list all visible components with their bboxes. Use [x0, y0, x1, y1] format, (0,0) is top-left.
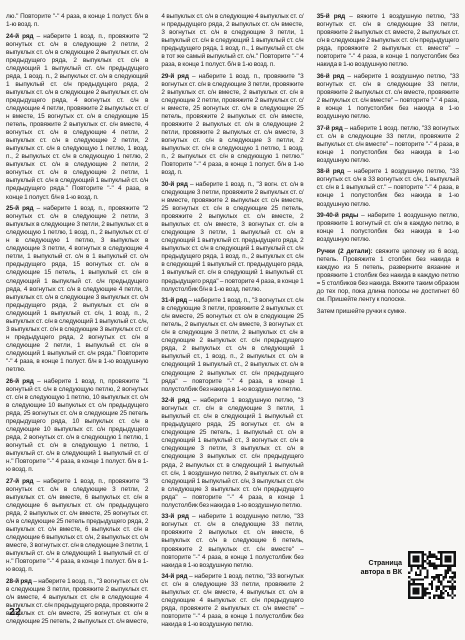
row-label: 24-й ряд	[6, 33, 37, 40]
paragraph-text: – вяжите 1 воздушную петлю, "33 вогнутых…	[317, 13, 459, 68]
row-label: 26-й ряд	[6, 378, 37, 385]
row-label: 28-й ряд	[6, 578, 33, 585]
row-label: 35-й ряд	[317, 13, 350, 20]
pattern-paragraph: 32-й ряд – наберите 1 воздушную петлю, "…	[161, 397, 303, 510]
paragraph-text: – наберите 1 возд. петлю, "33 вогнутых с…	[161, 573, 303, 628]
pattern-paragraph: 36-й ряд – наберите 1 воздушную петлю, "…	[317, 73, 459, 121]
pattern-paragraph: 31-й ряд – наберите 1 возд. п., "3 вогну…	[161, 297, 303, 394]
magazine-page: лю." Повторите "-" 4 раза, в конце 1 пол…	[0, 0, 465, 640]
row-label: 30-й ряд	[161, 181, 190, 188]
vk-caption: Страница автора в ВК	[350, 560, 402, 578]
pattern-paragraph: 35-й ряд – вяжите 1 воздушную петлю, "33…	[317, 13, 459, 69]
qr-code-icon	[408, 551, 456, 599]
row-label: 31-й ряд	[161, 297, 188, 304]
pattern-paragraph: 24-й ряд – наберите 1 возд. п., провяжит…	[6, 33, 148, 202]
vk-author-block: Страница автора в ВК	[350, 551, 458, 599]
page-number: 22	[9, 606, 21, 618]
paragraph-text: свяжите цепочку из 6 возд. петель. Провя…	[317, 248, 459, 303]
pattern-paragraph: 30-й ряд – наберите 1 возд. п., "3 вогн.…	[161, 181, 303, 294]
row-label: 36-й ряд	[317, 73, 348, 80]
pattern-paragraph: 39-40-й ряды – наберите 1 воздушную петл…	[317, 212, 459, 244]
paragraph-text: – наберите 1 возд. п., провяжите "2 вогн…	[6, 205, 148, 373]
row-label: 33-й ряд	[161, 513, 192, 520]
paragraph-text: – наберите 1 возд. п, провяжите "1 вогну…	[6, 378, 148, 474]
paragraph-text: Затем пришейте ручки к сумке.	[317, 308, 406, 315]
pattern-paragraph: Ручки (2 детали): свяжите цепочку из 6 в…	[317, 248, 459, 304]
pattern-paragraph: 25-й ряд – наберите 1 возд. п., провяжит…	[6, 205, 148, 374]
paragraph-text: – наберите 1 возд. п., "3 вогнутых ст. с…	[161, 297, 303, 393]
paragraph-text: – наберите 1 возд. п., провяжите "3 вогн…	[6, 478, 148, 574]
paragraph-text: – наберите 1 воздушную петлю, "33 вогнут…	[317, 73, 459, 120]
paragraph-text: – наберите 1 возд. п., провяжите "3 вогн…	[161, 73, 303, 177]
vk-caption-line1: Страница	[350, 560, 402, 569]
pattern-paragraph: 26-й ряд – наберите 1 возд. п, провяжите…	[6, 378, 148, 475]
paragraph-text: – наберите 1 возд. п., провяжите "2 вогн…	[6, 33, 148, 201]
row-label: 27-й ряд	[6, 478, 37, 485]
pattern-paragraph: 34-й ряд – наберите 1 возд. петлю, "33 в…	[161, 573, 303, 629]
pattern-paragraph: 33-й ряд – наберите 1 воздушную петлю, "…	[161, 513, 303, 569]
row-label: Ручки (2 детали):	[317, 248, 376, 255]
pattern-paragraph: лю." Повторите "-" 4 раза, в конце 1 пол…	[6, 13, 148, 29]
paragraph-text: – наберите 1 воздушную петлю, "3 вогнуты…	[161, 397, 303, 509]
row-label: 29-й ряд	[161, 73, 192, 80]
row-label: 39-40-й ряды	[317, 212, 362, 219]
paragraph-text: – наберите 1 возд. п., "3 вогн. ст. с/н …	[161, 181, 303, 293]
pattern-paragraph: 27-й ряд – наберите 1 возд. п., провяжит…	[6, 478, 148, 575]
row-label: 38-й ряд	[317, 168, 348, 175]
row-label: 34-й ряд	[161, 573, 189, 580]
row-label: 37-й ряд	[317, 125, 345, 132]
vk-caption-line2: автора в ВК	[350, 569, 402, 578]
pattern-paragraph: 38-й ряд – наберите 1 воздушную петлю, "…	[317, 168, 459, 208]
paragraph-text: лю." Повторите "-" 4 раза, в конце 1 пол…	[6, 13, 148, 28]
paragraph-text: – наберите 1 воздушную петлю, "33 вогнут…	[161, 513, 303, 568]
article-columns: лю." Повторите "-" 4 раза, в конце 1 пол…	[6, 13, 459, 631]
pattern-paragraph: Затем пришейте ручки к сумке.	[317, 308, 459, 316]
row-label: 32-й ряд	[161, 397, 193, 404]
row-label: 25-й ряд	[6, 205, 37, 212]
pattern-paragraph: 37-й ряд – наберите 1 возд. петлю, "33 в…	[317, 125, 459, 165]
pattern-paragraph: 29-й ряд – наберите 1 возд. п., провяжит…	[161, 73, 303, 178]
